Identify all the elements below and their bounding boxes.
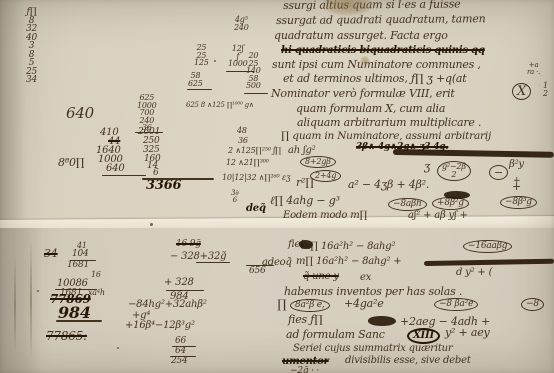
ink-bar — [393, 149, 554, 158]
fraction-note: 25 25 125 — [194, 44, 209, 67]
number: 254 — [171, 357, 188, 366]
ink-blot — [299, 240, 313, 249]
math-expression: −84hg²+32ahβ² — [128, 300, 207, 310]
latin-line: ∏ quam in Numinatore, assumi arbitrarij — [281, 132, 491, 142]
ink-rule — [244, 93, 268, 94]
latin-line: quadratum assurget. Facta ergo — [274, 31, 448, 41]
fraction-note: 58 625 — [188, 72, 203, 87]
math-expression: deq̃ — [246, 204, 266, 214]
fraction-note: 12ʃ ƒ 1000 — [228, 45, 248, 68]
math-expression: ℓ∏ 4ahg − g³ — [270, 196, 340, 206]
math-expression-deleted: q̃ une y — [303, 272, 339, 282]
latin-line: divisibilis esse, sive debet — [345, 356, 471, 366]
ink-rule — [196, 262, 230, 263]
math-expression: −2g̃ · · — [290, 367, 319, 373]
latin-line: quam formulam X, cum alia — [296, 104, 445, 114]
latin-line: et ad terminos ultimos, ƒ∏ ʒ +q(at — [283, 74, 467, 84]
math-expression: + — [512, 182, 521, 192]
number: 64 — [175, 347, 186, 356]
ink-crack — [30, 240, 32, 360]
ink-blot — [368, 316, 396, 326]
scribble-note: 12 ∧21∏³⁰⁰ — [226, 159, 269, 167]
manuscript-photo: ƒ∏ 8 32 40 3 8 5 25 344g⁵ 24012ʃ ƒ 10002… — [0, 0, 554, 373]
fraction-note: 1 2 — [543, 82, 548, 97]
math-expression: +4ga²e — [344, 299, 384, 309]
math-expression: β²y — [509, 160, 524, 170]
number: 66 — [175, 337, 186, 346]
fraction-note: 4g⁵ 240 — [234, 16, 249, 31]
scribble-note: 2 ∧125∏²⁵⁰ ʃ∏ — [228, 147, 281, 155]
ink-dot — [37, 290, 39, 292]
math-expression-deleted: 16 9g̃ — [176, 240, 201, 249]
circled-x: X — [512, 83, 531, 100]
latin-line-deleted: hi quadraticis biquadraticis quinis qq — [281, 46, 485, 56]
latin-line: Seriei cujus summatrix quæritur — [293, 344, 453, 354]
latin-line: sunt ipsi cum Numinatore communes , — [272, 60, 481, 70]
scribble-note: 36 — [238, 137, 248, 145]
math-expression: +16β⁴−12β³g² — [125, 321, 195, 331]
number: 6 — [153, 169, 159, 178]
circled-xiii: XIII — [407, 328, 440, 344]
math-expression: 8⁸0∏ — [58, 158, 84, 168]
math-expression: ʒ — [424, 162, 430, 172]
math-expression: ∏ — [277, 299, 286, 310]
ink-dot — [150, 223, 153, 226]
math-expression: m∏ 16a²h² − 8ahg² + — [296, 257, 401, 267]
number: 640 — [106, 164, 125, 174]
scribble-note: 10|12|32 ∧∏¹⁶⁰ εʒ — [222, 174, 290, 182]
handwriting-layer: ƒ∏ 8 32 40 3 8 5 25 344g⁵ 24012ʃ ƒ 10002… — [0, 0, 554, 373]
circled-expression: −8 — [521, 298, 544, 311]
big-984: 984 — [58, 305, 91, 320]
sum-3366: 3366 — [146, 180, 181, 192]
number: 16 — [91, 271, 101, 279]
ink-bar — [424, 259, 554, 266]
math-expression: fies ƒ∏ — [288, 315, 323, 325]
ink-dot — [117, 347, 119, 349]
latin-line: Eodem modo m∏ — [283, 211, 367, 221]
math-expression: ah ʃg² — [288, 146, 316, 156]
latin-word: ex — [360, 273, 371, 283]
number-deleted: 77865: — [46, 331, 87, 342]
ink-rule — [102, 175, 146, 176]
latin-line: habemus inventos per has solas . — [284, 287, 462, 297]
ink-stain — [360, 56, 370, 66]
ink-rule — [142, 178, 214, 180]
scribble-note: 48 — [237, 127, 247, 135]
math-expression: xa⁴h — [88, 289, 105, 297]
number: 984 — [170, 292, 189, 302]
math-expression: aʃ² + aβ yʃ + — [408, 211, 468, 221]
latin-line: Nominator verò formulæ VIII, erit — [271, 89, 455, 99]
math-expression: m∏ 16a²h² − 8ahg² — [301, 242, 395, 252]
circled-expression: −8 βa²e — [434, 298, 478, 311]
circled-expression: 8a²β e, — [290, 299, 330, 312]
ink-blot — [444, 191, 470, 199]
margin-scribble: +a ra ·. — [527, 62, 540, 75]
number: 656 — [249, 267, 266, 276]
latin-word: adeoq̃ — [262, 258, 292, 268]
ink-rule — [187, 89, 212, 90]
scribble-note: 625 8 ∧125 ∏¹⁰⁰⁰ g∧ — [186, 102, 254, 109]
math-expression: − 328+32g̃ — [170, 252, 226, 262]
math-expression: r²∏ — [296, 178, 314, 188]
circled-expression: −8β³g — [500, 196, 537, 209]
circled-expression: 8+2gβ — [300, 156, 336, 168]
numeral-640: 640 — [66, 106, 94, 120]
circled-expression: g²−2β 2 — [437, 161, 471, 181]
circled-expression: −16aaβg — [463, 240, 512, 253]
number-deleted: 34 — [44, 249, 58, 259]
margin-column-figures: ƒ∏ 8 32 40 3 8 5 25 34 — [26, 8, 37, 85]
math-expression: d y² + ( — [456, 268, 492, 278]
ink-dot — [214, 60, 216, 62]
circled-expression: − — [489, 165, 508, 180]
ink-crack — [14, 255, 16, 355]
latin-line: ad formulam Sanc — [286, 330, 385, 340]
circled-expression: 2+4g — [310, 170, 341, 182]
math-expression: a² − 4ʒβ + 4β². — [348, 180, 429, 190]
circled-expression: +8β²g — [432, 197, 469, 210]
scribble-note: 3∂ 6 — [231, 190, 239, 203]
math-expression: + 328 — [164, 278, 194, 288]
math-expression: y² + aey — [445, 328, 490, 338]
number: 104 — [72, 250, 89, 259]
number: 1681 — [67, 261, 89, 270]
ink-rule — [56, 320, 102, 322]
latin-line: ssurgat ad quadrati quadratum, tamen — [276, 14, 486, 26]
latin-line: aliquam arbitrarium multiplicare . — [297, 118, 481, 128]
